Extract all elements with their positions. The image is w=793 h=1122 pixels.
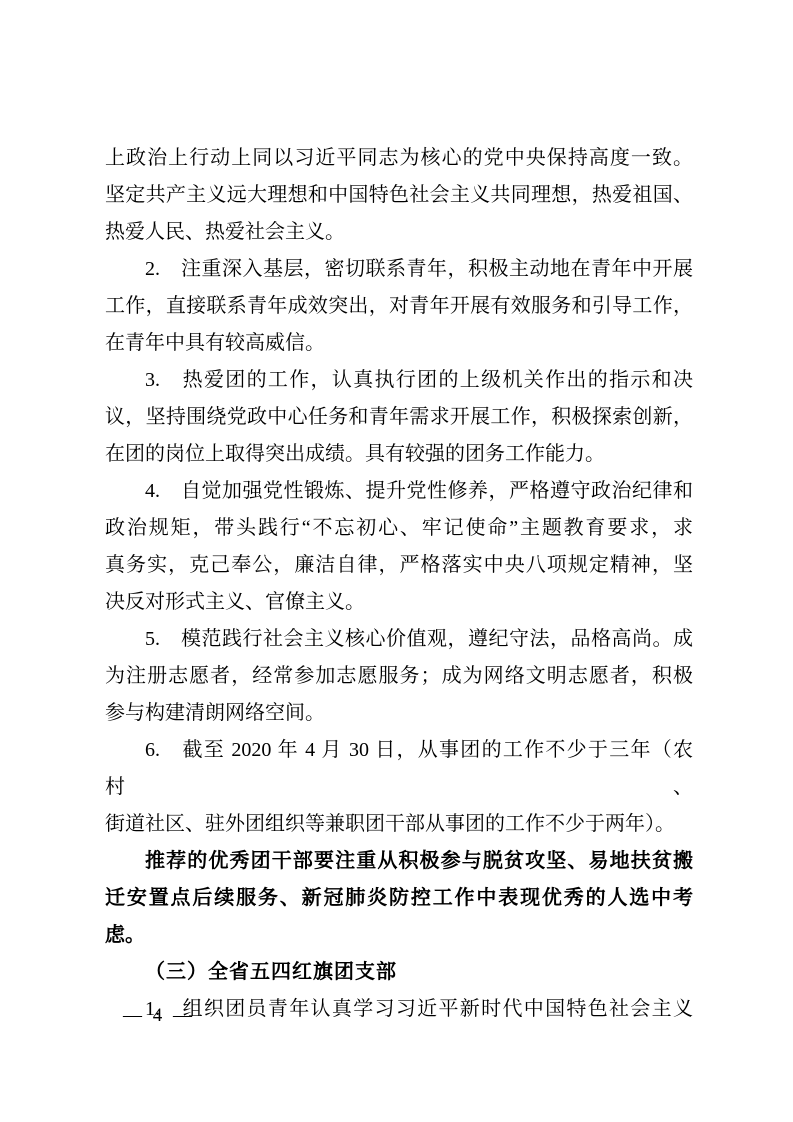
page-number: — 4 — [123, 1002, 195, 1030]
text-line: 热爱人民、热爱社会主义。 [105, 214, 693, 251]
text-line: 上政治上行动上同以习近平同志为核心的党中央保持高度一致。 [105, 140, 693, 177]
section-heading-text: （三）全省五四红旗团支部 [105, 954, 693, 991]
text-line: 2. 注重深入基层，密切联系青年，积极主动地在青年中开展 [105, 251, 693, 288]
text-line: 工作，直接联系青年成效突出，对青年开展有效服务和引导工作， [105, 288, 693, 325]
text-line: 街道社区、驻外团组织等兼职团干部从事团的工作不少于两年）。 [105, 806, 693, 843]
text-line: 4. 自觉加强党性锻炼、提升党性修养，严格遵守政治纪律和 [105, 473, 693, 510]
paragraph-continuation: 上政治上行动上同以习近平同志为核心的党中央保持高度一致。 坚定共产主义远大理想和… [105, 140, 693, 251]
text-line: 推荐的优秀团干部要注重从积极参与脱贫攻坚、易地扶贫搬 [105, 843, 693, 880]
text-line: 议，坚持围绕党政中心任务和青年需求开展工作，积极探索创新， [105, 399, 693, 436]
text-line: 在青年中具有较高威信。 [105, 325, 693, 362]
text-line: 决反对形式主义、官僚主义。 [105, 584, 693, 621]
document-body: 上政治上行动上同以习近平同志为核心的党中央保持高度一致。 坚定共产主义远大理想和… [105, 140, 693, 1028]
text-line: 在团的岗位上取得突出成绩。具有较强的团务工作能力。 [105, 436, 693, 473]
section-heading: （三）全省五四红旗团支部 [105, 954, 693, 991]
text-line: 真务实，克己奉公，廉洁自律，严格落实中央八项规定精神，坚 [105, 547, 693, 584]
text-line: 政治规矩，带头践行“不忘初心、牢记使命”主题教育要求，求 [105, 510, 693, 547]
text-line: 5. 模范践行社会主义核心价值观，遵纪守法，品格高尚。成 [105, 621, 693, 658]
paragraph-item-3: 3. 热爱团的工作，认真执行团的上级机关作出的指示和决 议，坚持围绕党政中心任务… [105, 362, 693, 473]
text-line: 虑。 [105, 917, 693, 954]
text-line: 为注册志愿者，经常参加志愿服务；成为网络文明志愿者，积极 [105, 658, 693, 695]
paragraph-recommendation-note: 推荐的优秀团干部要注重从积极参与脱贫攻坚、易地扶贫搬 迁安置点后续服务、新冠肺炎… [105, 843, 693, 954]
paragraph-item-2: 2. 注重深入基层，密切联系青年，积极主动地在青年中开展 工作，直接联系青年成效… [105, 251, 693, 362]
paragraph-item-5: 5. 模范践行社会主义核心价值观，遵纪守法，品格高尚。成 为注册志愿者，经常参加… [105, 621, 693, 732]
paragraph-item-6: 6. 截至 2020 年 4 月 30 日，从事团的工作不少于三年（农村、 街道… [105, 732, 693, 843]
text-line: 参与构建清朗网络空间。 [105, 695, 693, 732]
text-line: 3. 热爱团的工作，认真执行团的上级机关作出的指示和决 [105, 362, 693, 399]
text-line: 迁安置点后续服务、新冠肺炎防控工作中表现优秀的人选中考 [105, 880, 693, 917]
text-line: 坚定共产主义远大理想和中国特色社会主义共同理想，热爱祖国、 [105, 177, 693, 214]
document-page: 上政治上行动上同以习近平同志为核心的党中央保持高度一致。 坚定共产主义远大理想和… [0, 0, 793, 1122]
text-line: 6. 截至 2020 年 4 月 30 日，从事团的工作不少于三年（农村、 [105, 732, 693, 806]
paragraph-item-4: 4. 自觉加强党性锻炼、提升党性修养，严格遵守政治纪律和 政治规矩，带头践行“不… [105, 473, 693, 621]
